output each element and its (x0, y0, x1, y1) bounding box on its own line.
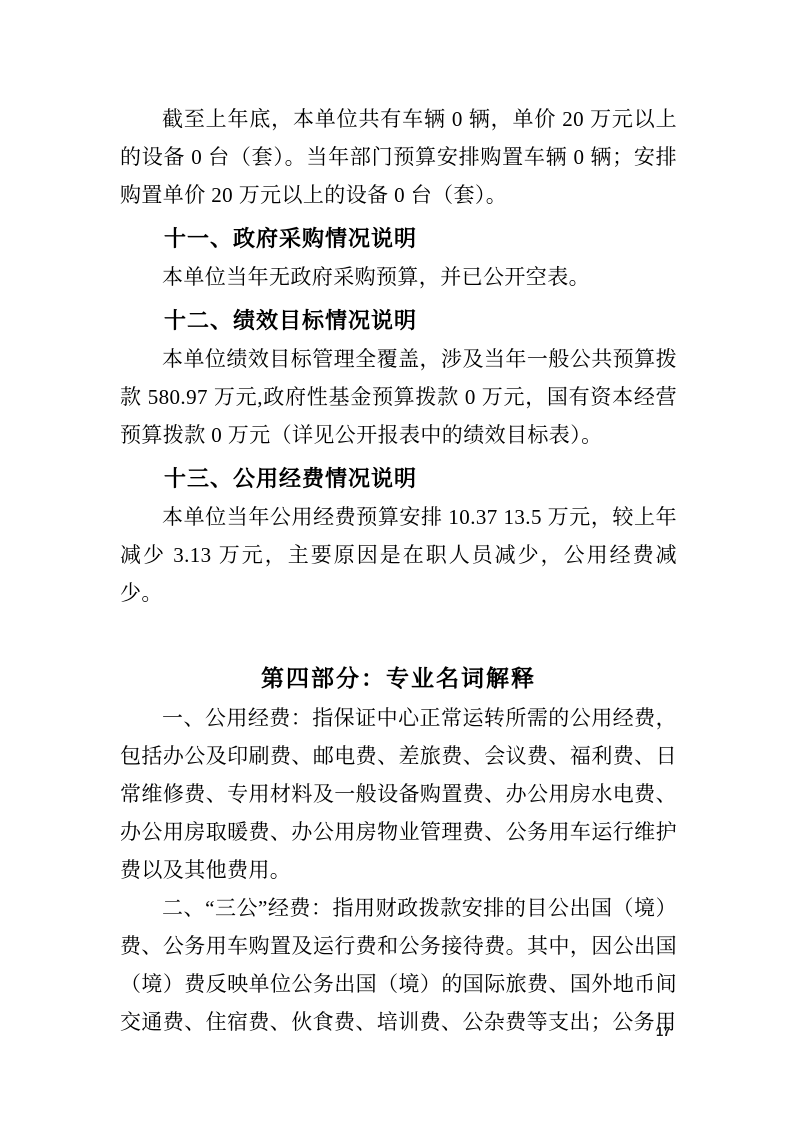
paragraph-government-procurement: 本单位当年无政府采购预算，并已公开空表。 (120, 258, 677, 296)
paragraph-performance-targets: 本单位绩效目标管理全覆盖，涉及当年一般公共预算拨款 580.97 万元,政府性基… (120, 340, 677, 454)
document-page: 截至上年底，本单位共有车辆 0 辆，单价 20 万元以上的设备 0 台（套）。当… (0, 0, 793, 1122)
document-content: 截至上年底，本单位共有车辆 0 辆，单价 20 万元以上的设备 0 台（套）。当… (120, 100, 677, 1041)
heading-section-12-performance-targets: 十二、绩效目标情况说明 (120, 302, 677, 340)
heading-section-11-government-procurement: 十一、政府采购情况说明 (120, 220, 677, 258)
heading-section-13-public-funds: 十三、公用经费情况说明 (120, 460, 677, 498)
paragraph-public-funds: 本单位当年公用经费预算安排 10.37 13.5 万元，较上年减少 3.13 万… (120, 498, 677, 612)
paragraph-term-2-three-public-expenses-definition: 二、“三公”经费：指用财政拨款安排的目公出国（境）费、公务用车购置及运行费和公务… (120, 889, 677, 1041)
paragraph-term-1-public-funds-definition: 一、公用经费：指保证中心正常运转所需的公用经费，包括办公及印刷费、邮电费、差旅费… (120, 699, 677, 889)
section-title-part-4-terminology: 第四部分：专业名词解释 (120, 657, 677, 699)
paragraph-vehicle-equipment-status: 截至上年底，本单位共有车辆 0 辆，单价 20 万元以上的设备 0 台（套）。当… (120, 100, 677, 214)
page-number: 17 (656, 1024, 670, 1039)
